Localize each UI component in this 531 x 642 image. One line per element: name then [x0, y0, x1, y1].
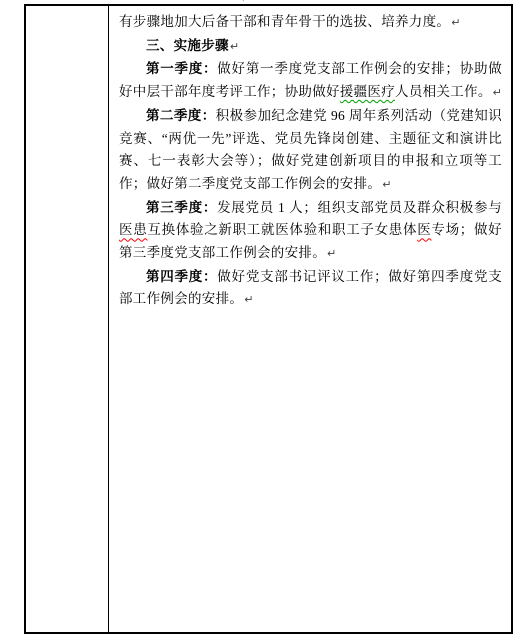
document-text[interactable]: 有步骤地加大后备干部和青年骨干的选拔、培养力度。↵三、实施步骤↵第一季度：做好第… [109, 6, 511, 632]
bold-text-run: 第一季度： [146, 61, 217, 76]
paragraph: 第四季度：做好党支部书记评议工作；做好第四季度党支部工作例会的安排。↵ [119, 266, 502, 312]
bold-text-run: 第四季度： [146, 269, 217, 284]
paragraph-mark-icon: ↵ [492, 86, 502, 99]
text-run: 发展党员 1 人；组织支部党员及群众积极参与 [217, 200, 502, 215]
paragraph-mark-icon: ↵ [381, 178, 391, 191]
spellcheck-green-text: 援疆医疗 [340, 84, 395, 99]
paragraph: 第二季度：积极参加纪念建党 96 周年系列活动（党建知识竞赛、“两优一先”评选、… [119, 105, 502, 197]
text-run: 人员相关工作。 [395, 84, 492, 99]
paragraph: 第一季度：做好第一季度党支部工作例会的安排；协助做好中层干部年度考评工作；协助做… [119, 58, 502, 104]
spellcheck-red-text: 医 [417, 222, 431, 237]
text-run: 互换体验之新职工就医体验和职工子女患体 [147, 222, 417, 237]
paragraph-mark-icon: ↵ [326, 247, 336, 260]
bold-text-run: 第二季度： [146, 108, 216, 123]
document-page: ↵ 有步骤地加大后备干部和青年骨干的选拔、培养力度。↵三、实施步骤↵第一季度：做… [0, 0, 531, 642]
text-run: 有步骤地加大后备干部和青年骨干的选拔、培养力度。 [119, 14, 450, 29]
paragraph-mark-icon: ↵ [243, 293, 253, 306]
spellcheck-red-text: 医患 [119, 222, 147, 237]
bold-text-run: 三、实施步骤 [146, 38, 229, 53]
paragraph-mark-icon: ↵ [229, 40, 239, 53]
paragraph: 有步骤地加大后备干部和青年骨干的选拔、培养力度。↵ [119, 11, 502, 35]
paragraph: 三、实施步骤↵ [119, 35, 502, 59]
paragraph: 第三季度：发展党员 1 人；组织支部党员及群众积极参与医患互换体验之新职工就医体… [119, 197, 502, 266]
document-table: 有步骤地加大后备干部和青年骨干的选拔、培养力度。↵三、实施步骤↵第一季度：做好第… [24, 4, 513, 634]
table-left-cell-empty [26, 6, 109, 632]
bold-text-run: 第三季度： [146, 200, 217, 215]
paragraph-mark-icon: ↵ [450, 16, 460, 29]
